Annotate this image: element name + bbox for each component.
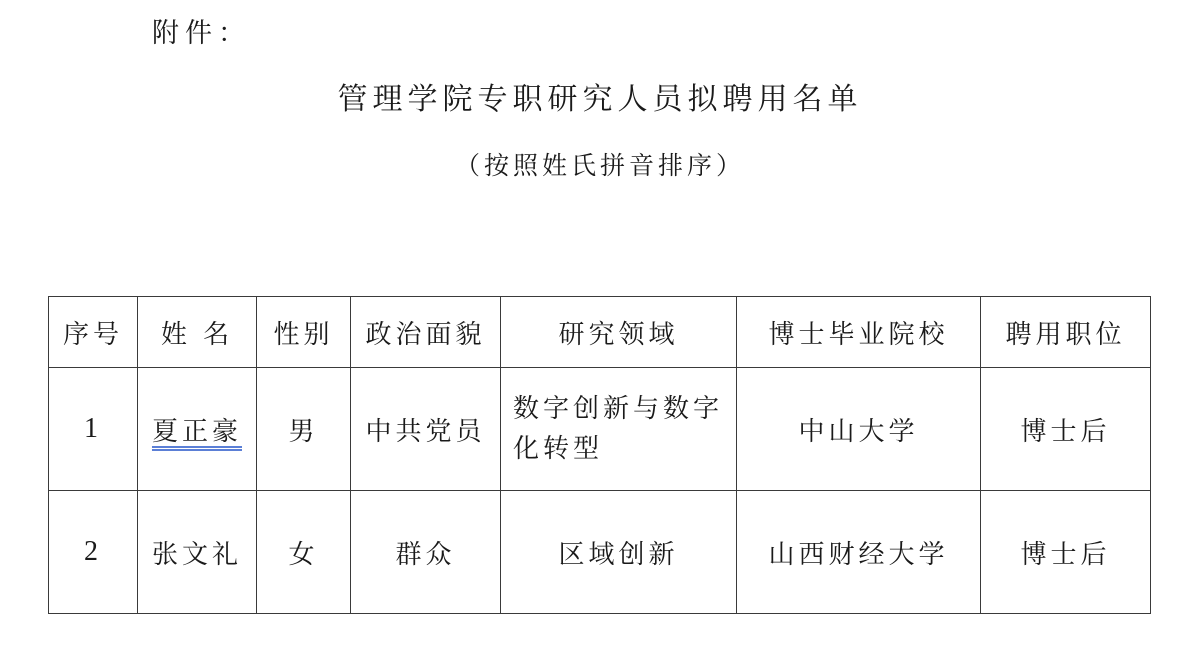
table-row: 1 夏正豪 男 中共党员 数字创新与数字化转型 中山大学 博士后 (49, 368, 1151, 491)
attachment-label: 附件： (152, 14, 251, 54)
cell-political-status: 中共党员 (351, 368, 501, 491)
cell-research-field: 数字创新与数字化转型 (501, 368, 737, 491)
table-row: 2 张文礼 女 群众 区域创新 山西财经大学 博士后 (49, 491, 1151, 614)
header-seq: 序号 (49, 297, 138, 368)
document-subtitle: （按照姓氏拼音排序） (0, 146, 1200, 186)
cell-phd-school: 山西财经大学 (737, 491, 981, 614)
document-title: 管理学院专职研究人员拟聘用名单 (0, 78, 1200, 122)
table-header-row: 序号 姓 名 性别 政治面貌 研究领域 博士毕业院校 聘用职位 (49, 297, 1151, 368)
header-political-status: 政治面貌 (351, 297, 501, 368)
header-research-field: 研究领域 (501, 297, 737, 368)
cell-position: 博士后 (981, 491, 1151, 614)
name-text: 夏正豪 (152, 417, 242, 447)
cell-research-field: 区域创新 (501, 491, 737, 614)
cell-name: 张文礼 (138, 491, 257, 614)
cell-political-status: 群众 (351, 491, 501, 614)
hiring-list-table: 序号 姓 名 性别 政治面貌 研究领域 博士毕业院校 聘用职位 1 夏正豪 男 … (48, 296, 1151, 614)
cell-gender: 女 (257, 491, 351, 614)
header-phd-school: 博士毕业院校 (737, 297, 981, 368)
cell-name: 夏正豪 (138, 368, 257, 491)
cell-gender: 男 (257, 368, 351, 491)
header-position: 聘用职位 (981, 297, 1151, 368)
cell-seq: 2 (49, 491, 138, 614)
header-gender: 性别 (257, 297, 351, 368)
cell-position: 博士后 (981, 368, 1151, 491)
cell-seq: 1 (49, 368, 138, 491)
cell-phd-school: 中山大学 (737, 368, 981, 491)
header-name: 姓 名 (138, 297, 257, 368)
